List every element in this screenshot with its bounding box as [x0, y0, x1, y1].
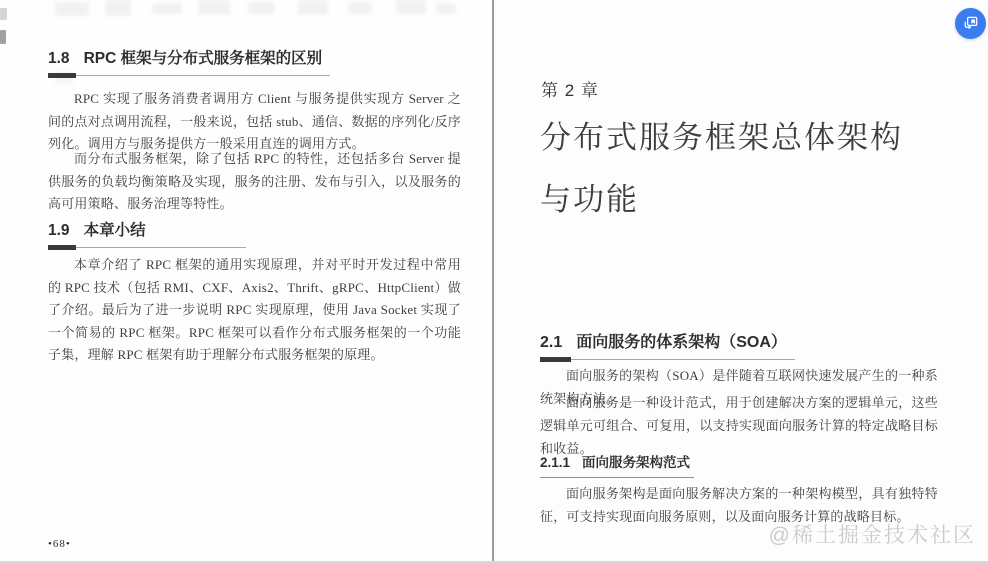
body-paragraph: 本章介绍了 RPC 框架的通用实现原理，并对平时开发过程中常用的 RPC 技术（…	[48, 254, 461, 367]
section-heading-1-8: 1.8RPC 框架与分布式服务框架的区别	[48, 46, 330, 76]
left-page: 1.8RPC 框架与分布式服务框架的区别 RPC 实现了服务消费者调用方 Cli…	[0, 0, 492, 563]
body-paragraph: 面向服务是一种设计范式，用于创建解决方案的逻辑单元，这些逻辑单元可组合、可复用，…	[540, 391, 938, 460]
section-heading-2-1: 2.1面向服务的体系架构（SOA）	[540, 329, 795, 360]
bleed-through-smudge	[198, 0, 230, 15]
bleed-through-smudge	[396, 0, 426, 14]
section-title: 面向服务的体系架构（SOA）	[576, 334, 787, 351]
scan-edge-mark	[0, 30, 6, 44]
right-page: 第 2 章 分布式服务框架总体架构 与功能 2.1面向服务的体系架构（SOA） …	[494, 0, 988, 563]
chapter-label: 第 2 章	[541, 76, 599, 101]
bleed-through-smudge	[105, 0, 131, 16]
scan-edge-mark	[0, 8, 7, 20]
bleed-through-smudge	[152, 3, 182, 14]
watermark: @稀土掘金技术社区	[769, 519, 976, 549]
bleed-through-smudge	[55, 2, 89, 16]
collect-icon	[961, 14, 980, 33]
bleed-through-smudge	[436, 3, 456, 14]
chapter-title-line-1: 分布式服务框架总体架构	[540, 112, 903, 157]
section-number: 1.9	[48, 222, 70, 239]
section-number: 2.1.1	[540, 455, 570, 470]
page-number: •68•	[48, 538, 71, 550]
section-title: 本章小结	[84, 222, 146, 239]
bleed-through-smudge	[348, 2, 372, 14]
juejin-collect-button[interactable]	[955, 8, 986, 39]
bleed-through-smudge	[298, 0, 328, 15]
section-heading-2-1-1: 2.1.1面向服务架构范式	[540, 451, 694, 478]
section-title: 面向服务架构范式	[582, 455, 690, 470]
body-paragraph: 而分布式服务框架，除了包括 RPC 的特性，还包括多台 Server 提供服务的…	[48, 148, 461, 216]
section-heading-1-9: 1.9本章小结	[48, 218, 246, 248]
section-number: 2.1	[540, 334, 562, 351]
bleed-through-smudge	[248, 2, 274, 14]
body-paragraph: RPC 实现了服务消费者调用方 Client 与服务提供实现方 Server 之…	[48, 88, 461, 156]
chapter-title-line-2: 与功能	[540, 174, 639, 219]
section-number: 1.8	[48, 50, 70, 67]
section-title: RPC 框架与分布式服务框架的区别	[84, 50, 323, 67]
